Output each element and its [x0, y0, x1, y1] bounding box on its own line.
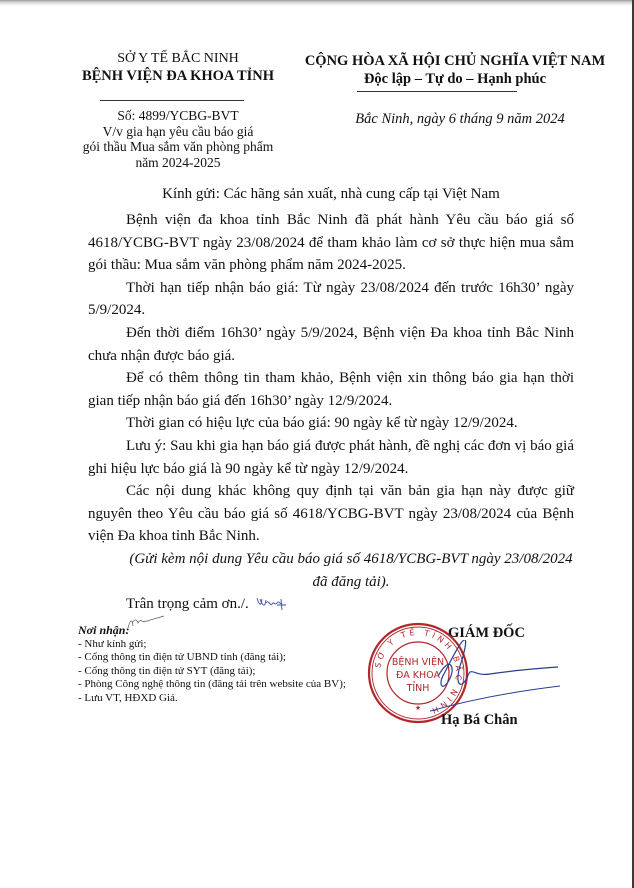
body-paragraph: Thời hạn tiếp nhận báo giá: Từ ngày 23/0…	[88, 277, 574, 322]
place-date: Bắc Ninh, ngày 6 tháng 9 năm 2024	[300, 111, 620, 128]
agency-underline	[100, 100, 244, 101]
director-name: Hạ Bá Chân	[441, 712, 518, 729]
clerk-initials-icon	[126, 614, 166, 630]
body-paragraph: Các nội dung khác không quy định tại văn…	[88, 480, 574, 548]
subject-line: gói thầu Mua sắm văn phòng phẩm	[58, 139, 298, 155]
issuing-agency-block: SỞ Y TẾ BẮC NINH BỆNH VIỆN ĐA KHOA TỈNH	[58, 50, 298, 85]
nation-title: CỘNG HÒA XÃ HỘI CHỦ NGHĨA VIỆT NAM	[290, 52, 620, 70]
distribution-item: - Lưu VT, HĐXD Giá.	[78, 692, 346, 706]
subject-line: V/v gia hạn yêu cầu báo giá	[58, 124, 298, 140]
closing-text: Trân trọng cảm ơn./.	[126, 596, 249, 612]
distribution-item: - Phòng Công nghệ thông tin (đăng tải tr…	[78, 678, 346, 692]
national-motto: Độc lập – Tự do – Hạnh phúc	[290, 70, 620, 88]
body-paragraph: Lưu ý: Sau khi gia hạn báo giá được phát…	[88, 435, 574, 480]
national-header-block: CỘNG HÒA XÃ HỘI CHỦ NGHĨA VIỆT NAM Độc l…	[290, 52, 620, 88]
distribution-item: - Cổng thông tin điện tử SYT (đăng tải);	[78, 665, 346, 679]
doc-number: Số: 4899/YCBG-BVT	[58, 108, 298, 124]
subject-line: năm 2024-2025	[58, 155, 298, 171]
page-top-shadow	[0, 0, 634, 6]
attachment-note: (Gửi kèm nội dung Yêu cầu báo giá số 461…	[88, 548, 574, 593]
recipient-line: Kính gửi: Các hãng sản xuất, nhà cung cấ…	[88, 186, 574, 203]
body-paragraph: Thời gian có hiệu lực của báo giá: 90 ng…	[88, 412, 574, 435]
initials-signature-icon	[255, 595, 289, 611]
svg-text:★: ★	[415, 704, 421, 712]
svg-text:TỈNH: TỈNH	[406, 682, 430, 694]
distribution-list: Nơi nhận: - Như kính gửi; - Cổng thông t…	[78, 624, 346, 705]
body-paragraph: Bệnh viện đa khoa tỉnh Bắc Ninh đã phát …	[88, 209, 574, 277]
distribution-title: Nơi nhận:	[78, 624, 346, 638]
director-signature-icon	[430, 640, 580, 720]
distribution-item: - Cổng thông tin điện tử UBND tỉnh (đăng…	[78, 651, 346, 665]
distribution-item: - Như kính gửi;	[78, 638, 346, 652]
hospital-name: BỆNH VIỆN ĐA KHOA TỈNH	[58, 67, 298, 85]
closing-line: Trân trọng cảm ơn./.	[88, 593, 574, 616]
doc-reference-block: Số: 4899/YCBG-BVT V/v gia hạn yêu cầu bá…	[58, 108, 298, 170]
body-paragraph: Đến thời điểm 16h30’ ngày 5/9/2024, Bệnh…	[88, 322, 574, 367]
letter-body: Bệnh viện đa khoa tỉnh Bắc Ninh đã phát …	[88, 209, 574, 616]
body-paragraph: Để có thêm thông tin tham khảo, Bệnh việ…	[88, 367, 574, 412]
agency-name: SỞ Y TẾ BẮC NINH	[58, 50, 298, 67]
motto-underline	[357, 91, 517, 92]
